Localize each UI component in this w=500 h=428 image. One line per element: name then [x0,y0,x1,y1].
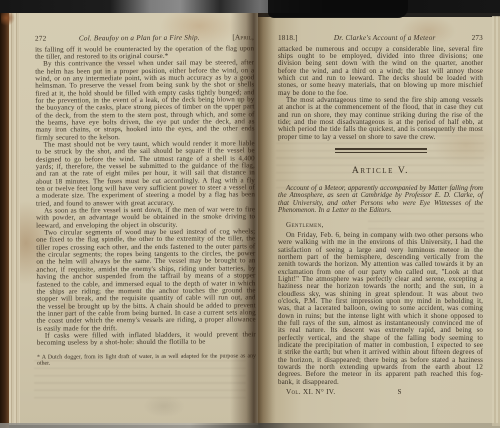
right-page: 1818.] Dr. Clarke's Account of a Meteor … [258,17,500,423]
scanner-background-top [0,0,500,13]
paragraph: attacked be numerous and occupy a consid… [278,46,483,97]
scanner-background-bottom [0,423,500,428]
article-heading: Article V. [278,165,483,176]
left-page-content: 272 Col. Beaufoy on a Plan for a Fire Sh… [35,33,256,367]
volume-mark: Vol. XI. N° IV. [286,388,335,396]
paragraph: As soon as the fire vessel is sent down,… [36,206,255,229]
left-page-number: 272 [35,35,46,43]
page-fore-edge-right [492,16,500,426]
right-header-date: 1818.] [278,34,298,42]
scanner-background-top-right [268,0,408,18]
section-divider-rule [335,148,427,153]
page-fore-edge-left [9,7,20,425]
page-footer: Vol. XI. N° IV. S [278,388,483,396]
left-page: 272 Col. Beaufoy on a Plan for a Fire Sh… [14,8,258,425]
right-page-content: 1818.] Dr. Clarke's Account of a Meteor … [278,34,483,396]
paragraph: If casks were filled with inflated bladd… [37,331,256,347]
book-scan: 272 Col. Beaufoy on a Plan for a Fire Sh… [0,0,500,428]
left-running-header: 272 Col. Beaufoy on a Plan for a Fire Sh… [35,33,254,42]
paragraph: On Friday, Feb. 6, being in company with… [278,232,483,386]
salutation: Gentlemen, [278,221,483,229]
right-page-number: 273 [472,34,483,42]
signature-mark: S [397,388,401,396]
letter-body: On Friday, Feb. 6, being in company with… [278,232,483,386]
paragraph: The mast should not be very taunt, which… [36,140,255,207]
left-running-title: Col. Beaufoy on a Plan for a Fire Ship. [79,34,200,43]
paragraph: Two circular segments of wood may be use… [36,228,256,332]
paragraph: The most advantageous time to send the f… [278,97,483,141]
book-cover-edge [0,4,9,428]
right-running-header: 1818.] Dr. Clarke's Account of a Meteor … [278,34,483,42]
paragraph: By this contrivance the vessel when unde… [35,60,254,142]
left-header-date: [April, [232,33,254,41]
article-title: Account of a Meteor, apparently accompan… [278,185,483,215]
right-running-title: Dr. Clarke's Account of a Meteor [334,34,436,42]
footnote: * A Dutch dogger, from its light draft o… [37,353,256,367]
